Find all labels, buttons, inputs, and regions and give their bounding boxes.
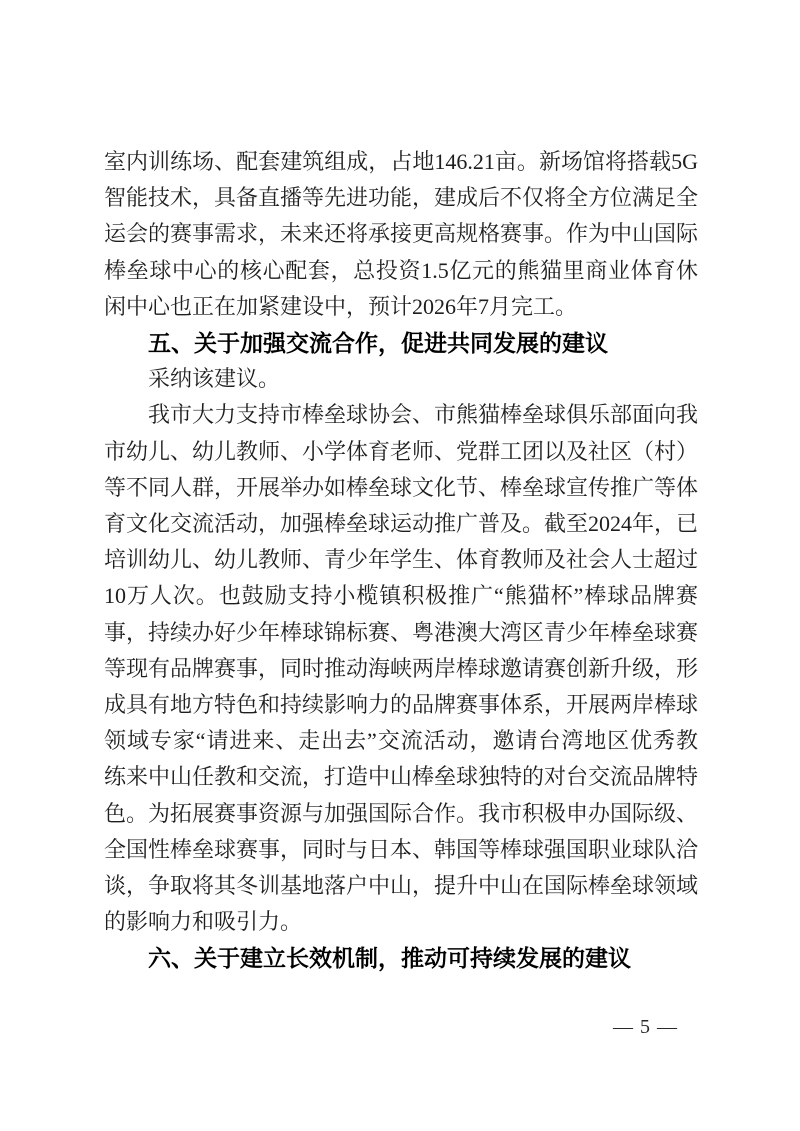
document-body: 室内训练场、配套建筑组成，占地146.21亩。新场馆将搭载5G智能技术，具备直播… [104, 144, 698, 977]
text-line: 全国性棒垒球赛事，同时与日本、韩国等棒球强国职业球队洽 [104, 832, 698, 868]
document-page: 室内训练场、配套建筑组成，占地146.21亩。新场馆将搭载5G智能技术，具备直播… [0, 0, 800, 1131]
text-line: 智能技术，具备直播等先进功能，建成后不仅将全方位满足全 [104, 180, 698, 216]
text-line: 室内训练场、配套建筑组成，占地146.21亩。新场馆将搭载5G [104, 144, 698, 180]
text-line: 谈，争取将其冬训基地落户中山，提升中山在国际棒垒球领域 [104, 868, 698, 904]
text-line: 闲中心也正在加紧建设中，预计2026年7月完工。 [104, 289, 698, 325]
text-line: 运会的赛事需求，未来还将承接更高规格赛事。作为中山国际 [104, 216, 698, 252]
text-line: 育文化交流活动，加强棒垒球运动推广普及。截至2024年，已 [104, 506, 698, 542]
text-line: 事，持续办好少年棒球锦标赛、粤港澳大湾区青少年棒垒球赛 [104, 615, 698, 651]
text-line: 领域专家“请进来、走出去”交流活动，邀请台湾地区优秀教 [104, 723, 698, 759]
page-number: — 5 — [613, 1016, 678, 1038]
text-line: 10万人次。也鼓励支持小榄镇积极推广“熊猫杯”棒球品牌赛 [104, 578, 698, 614]
section-heading: 六、关于建立长效机制，推动可持续发展的建议 [104, 940, 698, 976]
page-footer: — 5 — [613, 1014, 678, 1040]
text-line: 等现有品牌赛事，同时推动海峡两岸棒球邀请赛创新升级，形 [104, 651, 698, 687]
text-line: 练来中山任教和交流，打造中山棒垒球独特的对台交流品牌特 [104, 759, 698, 795]
text-line: 市幼儿、幼儿教师、小学体育老师、党群工团以及社区（村） [104, 434, 698, 470]
text-line: 等不同人群，开展举办如棒垒球文化节、棒垒球宣传推广等体 [104, 470, 698, 506]
section-heading: 五、关于加强交流合作，促进共同发展的建议 [104, 325, 698, 361]
text-line: 采纳该建议。 [104, 361, 698, 397]
text-line: 培训幼儿、幼儿教师、青少年学生、体育教师及社会人士超过 [104, 542, 698, 578]
text-line: 成具有地方特色和持续影响力的品牌赛事体系，开展两岸棒球 [104, 687, 698, 723]
text-line: 我市大力支持市棒垒球协会、市熊猫棒垒球俱乐部面向我 [104, 397, 698, 433]
text-line: 色。为拓展赛事资源与加强国际合作。我市积极申办国际级、 [104, 796, 698, 832]
text-line: 的影响力和吸引力。 [104, 904, 698, 940]
text-line: 棒垒球中心的核心配套，总投资1.5亿元的熊猫里商业体育休 [104, 253, 698, 289]
